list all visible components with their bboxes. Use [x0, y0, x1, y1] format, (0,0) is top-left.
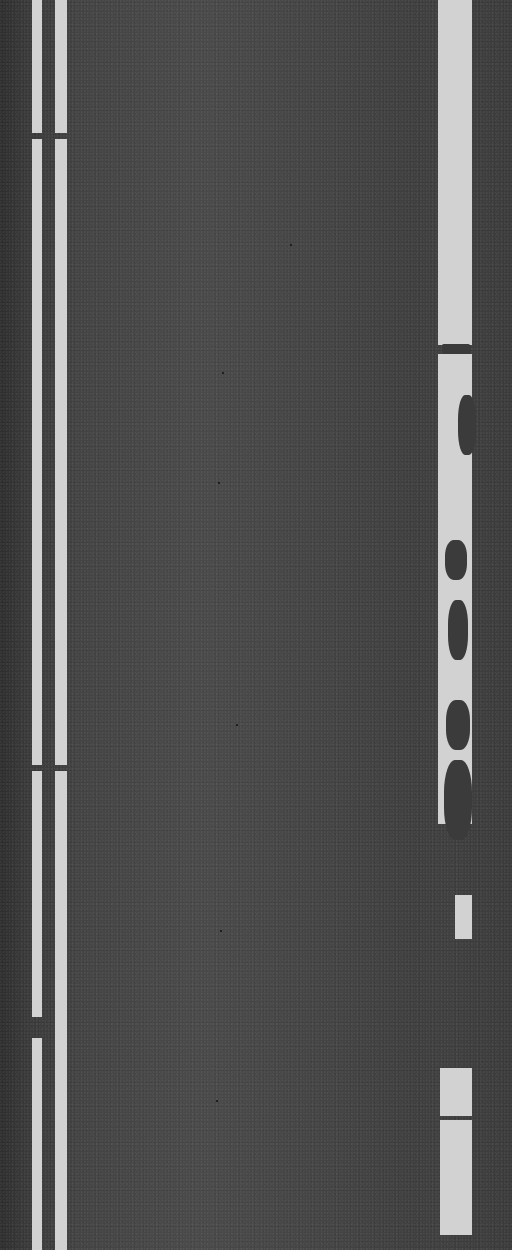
debris-speck: [218, 482, 220, 484]
asphalt-texture: [0, 0, 512, 1250]
left-lane-line-outer: [55, 771, 67, 1250]
right-edge-line: [440, 1068, 472, 1116]
left-lane-line-outer: [55, 139, 67, 765]
wear-patch: [445, 540, 467, 580]
left-lane-line-inner: [32, 0, 42, 133]
left-lane-line-inner: [32, 139, 42, 765]
right-edge-line: [438, 0, 472, 345]
debris-speck: [222, 372, 224, 374]
wear-patch: [444, 760, 472, 840]
debris-speck: [220, 930, 222, 932]
left-lane-line-outer: [55, 0, 67, 133]
wear-patch: [446, 700, 470, 750]
debris-speck: [290, 244, 292, 246]
right-edge-line: [440, 1120, 472, 1235]
debris-speck: [236, 724, 238, 726]
road-surface: [0, 0, 512, 1250]
wear-patch: [442, 344, 470, 354]
left-lane-line-inner: [32, 771, 42, 1017]
left-lane-line-inner: [32, 1038, 42, 1250]
right-edge-line: [455, 895, 472, 939]
wear-patch: [458, 395, 476, 455]
debris-speck: [216, 1100, 218, 1102]
wear-patch: [448, 600, 468, 660]
